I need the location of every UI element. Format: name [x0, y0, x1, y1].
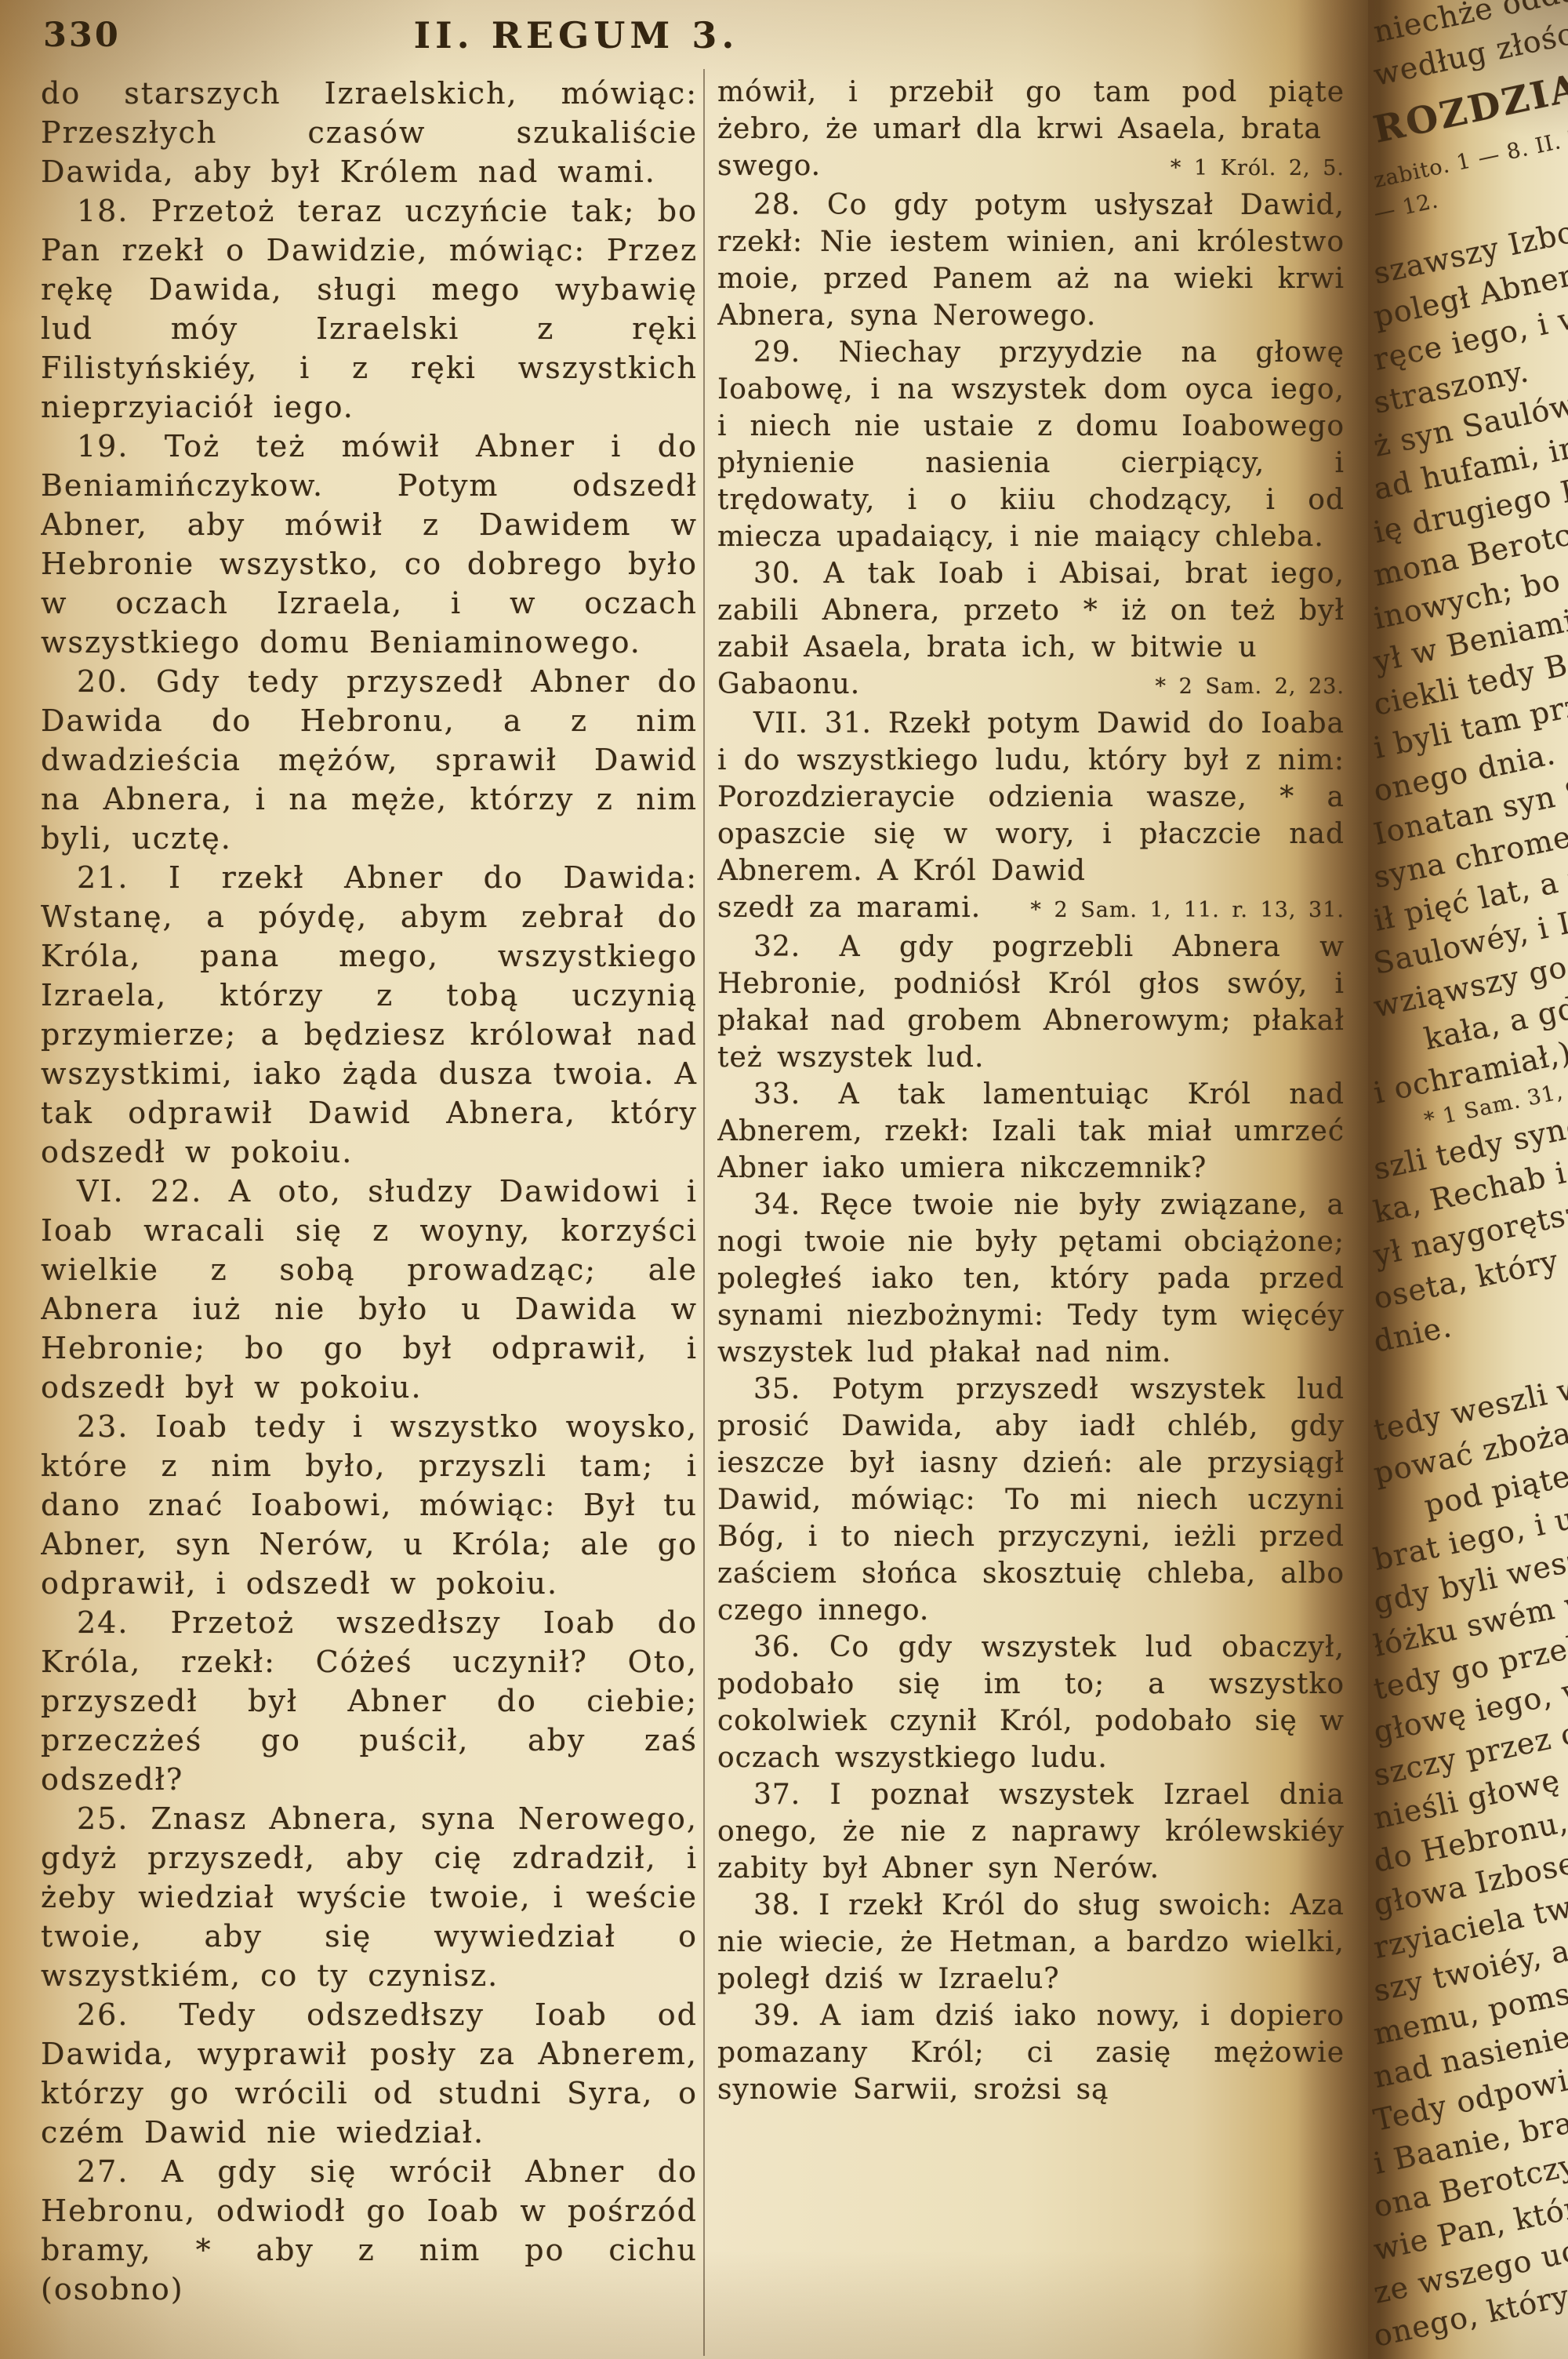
verse: 39. A iam dziś iako nowy, i dopiero poma…: [717, 1997, 1345, 2108]
verse-text: 32. A gdy pogrzebli Abnera w Hebronie, p…: [717, 929, 1345, 1076]
verse-lastline-text: szedł za marami.: [717, 889, 981, 926]
cross-reference: * 2 Sam. 1, 11. r. 13, 31.: [1030, 892, 1345, 929]
verse-text: 29. Niechay przyydzie na głowę Ioabowę, …: [717, 334, 1345, 555]
verse-text: do starszych Izraelskich, mówiąc: Przesz…: [41, 74, 698, 191]
verse: 30. A tak Ioab i Abisai, brat iego, zabi…: [717, 555, 1345, 705]
left-column: do starszych Izraelskich, mówiąc: Przesz…: [41, 74, 698, 2351]
right-column: mówił, i przebił go tam pod piąte żebro,…: [717, 74, 1345, 2354]
verse-text: 20. Gdy tedy przyszedł Abner do Dawida d…: [41, 662, 698, 858]
scanned-page: 330 II. REGUM 3. do starszych Izraelskic…: [0, 0, 1368, 2359]
verse: 26. Tedy odszedłszy Ioab od Dawida, wypr…: [41, 1995, 698, 2152]
verse: 23. Ioab tedy i wszystko woysko, które z…: [41, 1407, 698, 1603]
verse: 33. A tak lamentuiąc Król nad Abnerem, r…: [717, 1076, 1345, 1187]
page-number: 330: [43, 16, 121, 55]
verse-lastline-text: swego.: [717, 147, 821, 184]
verse-text: 24. Przetoż wszedłszy Ioab do Króla, rze…: [41, 1603, 698, 1799]
verse-text: 33. A tak lamentuiąc Król nad Abnerem, r…: [717, 1076, 1345, 1187]
verse-text: 25. Znasz Abnera, syna Nerowego, gdyż pr…: [41, 1799, 698, 1995]
verse-text: 19. Toż też mówił Abner i do Beniamińczy…: [41, 427, 698, 662]
verse-text: VI. 22. A oto, słudzy Dawidowi i Ioab wr…: [41, 1172, 698, 1407]
verse: 28. Co gdy potym usłyszał Dawid, rzekł: …: [717, 187, 1345, 334]
column-divider: [703, 69, 705, 2356]
verse: VII. 31. Rzekł potym Dawid do Ioaba i do…: [717, 705, 1345, 929]
verse-text: 26. Tedy odszedłszy Ioab od Dawida, wypr…: [41, 1995, 698, 2152]
verse: 19. Toż też mówił Abner i do Beniamińczy…: [41, 427, 698, 662]
verse-text: 34. Ręce twoie nie były związane, a nogi…: [717, 1187, 1345, 1371]
cross-reference: * 1 Król. 2, 5.: [1171, 150, 1345, 187]
verse: 24. Przetoż wszedłszy Ioab do Króla, rze…: [41, 1603, 698, 1799]
verse: 29. Niechay przyydzie na głowę Ioabowę, …: [717, 334, 1345, 555]
verse-text: VII. 31. Rzekł potym Dawid do Ioaba i do…: [717, 705, 1345, 889]
verse: 34. Ręce twoie nie były związane, a nogi…: [717, 1187, 1345, 1371]
verse: 32. A gdy pogrzebli Abnera w Hebronie, p…: [717, 929, 1345, 1076]
verse-lastline: szedł za marami. * 2 Sam. 1, 11. r. 13, …: [717, 889, 1345, 929]
verse: 38. I rzekł Król do sług swoich: Aza nie…: [717, 1887, 1345, 1997]
verse: 21. I rzekł Abner do Dawida: Wstanę, a p…: [41, 858, 698, 1172]
verse-text: 28. Co gdy potym usłyszał Dawid, rzekł: …: [717, 187, 1345, 334]
verse-text: 38. I rzekł Król do sług swoich: Aza nie…: [717, 1887, 1345, 1997]
verse: mówił, i przebił go tam pod piąte żebro,…: [717, 74, 1345, 187]
verse: 18. Przetoż teraz uczyńcie tak; bo Pan r…: [41, 191, 698, 427]
verse-text: mówił, i przebił go tam pod piąte żebro,…: [717, 74, 1345, 147]
verse-text: 18. Przetoż teraz uczyńcie tak; bo Pan r…: [41, 191, 698, 427]
verse-text: 36. Co gdy wszystek lud obaczył, podobał…: [717, 1629, 1345, 1776]
verse: 25. Znasz Abnera, syna Nerowego, gdyż pr…: [41, 1799, 698, 1995]
verse-text: 39. A iam dziś iako nowy, i dopiero poma…: [717, 1997, 1345, 2108]
verse-text: 37. I poznał wszystek Izrael dnia onego,…: [717, 1776, 1345, 1887]
verse: 36. Co gdy wszystek lud obaczył, podobał…: [717, 1629, 1345, 1776]
verse-text: 21. I rzekł Abner do Dawida: Wstanę, a p…: [41, 858, 698, 1172]
verse: 35. Potym przyszedł wszystek lud prosić …: [717, 1371, 1345, 1629]
verse-text: 30. A tak Ioab i Abisai, brat iego, zabi…: [717, 555, 1345, 666]
verse-lastline: swego. * 1 Król. 2, 5.: [717, 147, 1345, 187]
verse: 37. I poznał wszystek Izrael dnia onego,…: [717, 1776, 1345, 1887]
cross-reference: * 2 Sam. 2, 23.: [1156, 668, 1345, 705]
facing-page-edge: niechże odda Pa według złości iego ROZDZ…: [1368, 0, 1568, 2359]
verse-lastline: Gabaonu. * 2 Sam. 2, 23.: [717, 666, 1345, 705]
verse: 27. A gdy się wrócił Abner do Hebronu, o…: [41, 2152, 698, 2309]
running-header: II. REGUM 3.: [414, 14, 739, 56]
verse: VI. 22. A oto, słudzy Dawidowi i Ioab wr…: [41, 1172, 698, 1407]
verse-text: 35. Potym przyszedł wszystek lud prosić …: [717, 1371, 1345, 1629]
verse-text: 27. A gdy się wrócił Abner do Hebronu, o…: [41, 2152, 698, 2309]
verse-text: 23. Ioab tedy i wszystko woysko, które z…: [41, 1407, 698, 1603]
verse: 20. Gdy tedy przyszedł Abner do Dawida d…: [41, 662, 698, 858]
verse-lastline-text: Gabaonu.: [717, 666, 860, 703]
verse: do starszych Izraelskich, mówiąc: Przesz…: [41, 74, 698, 191]
